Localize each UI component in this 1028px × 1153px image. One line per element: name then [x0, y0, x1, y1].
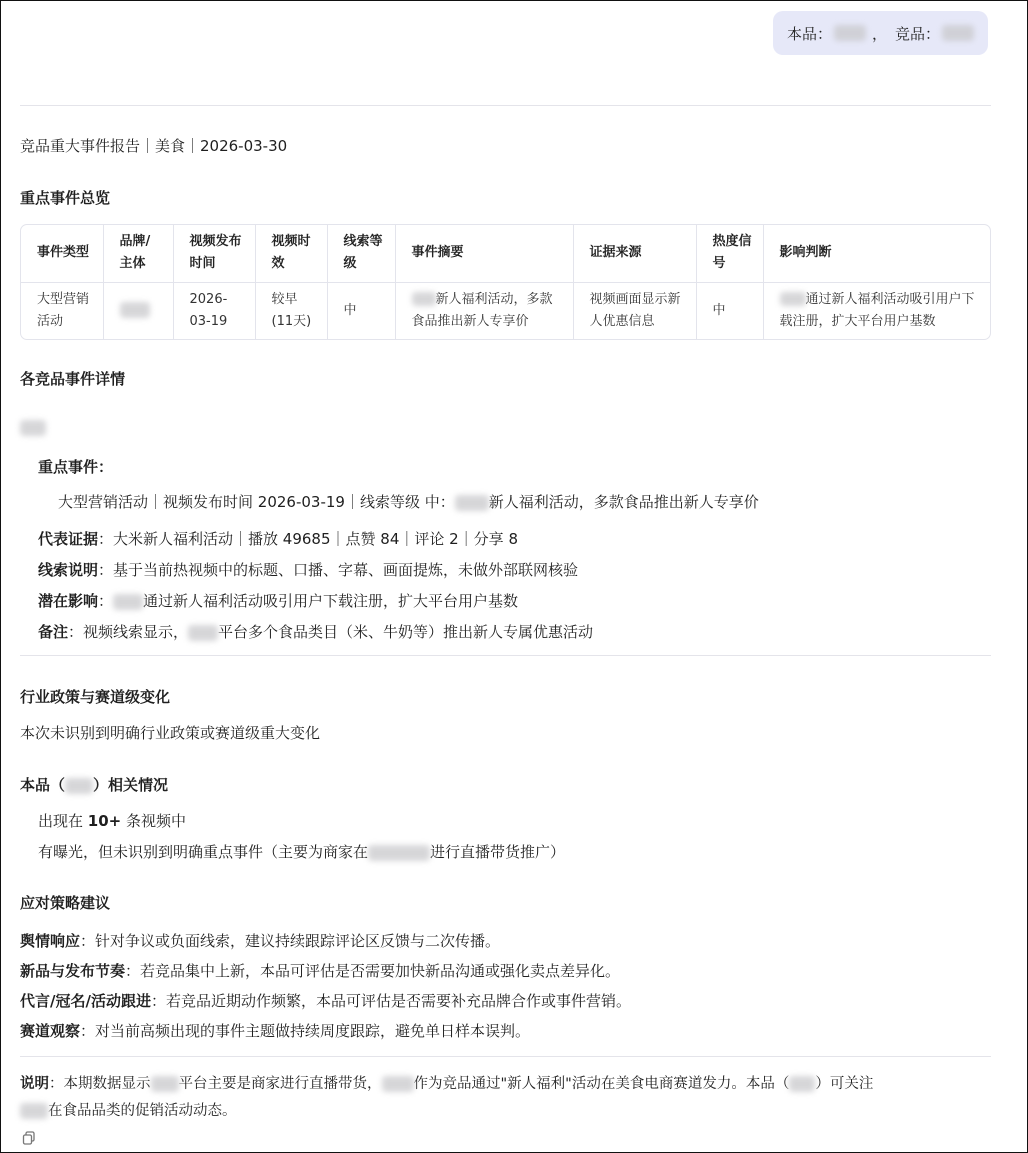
- clue-line: 线索说明：基于当前热视频中的标题、口播、字幕、画面提炼，未做外部联网核验: [38, 559, 578, 580]
- own-line-2: 有曝光，但未识别到明确重点事件（主要为商家在进行直播带货推广）: [38, 841, 565, 862]
- note-line: 备注：视频线索显示，平台多个食品类目（米、牛奶等）推出新人专属优惠活动: [38, 621, 593, 642]
- redacted-competitor: [113, 594, 143, 610]
- redacted-own-product: [834, 25, 866, 41]
- strategy-label: 代言/冠名/活动跟进: [20, 992, 151, 1010]
- impact-line: 潜在影响：通过新人福利活动吸引用户下载注册，扩大平台用户基数: [38, 590, 518, 611]
- note-part4: ）可关注: [815, 1076, 873, 1092]
- cell-clue-level: 中: [327, 282, 395, 339]
- col-timeliness: 视频时效: [255, 225, 327, 282]
- cell-summary: 新人福利活动，多款食品推出新人专享价: [395, 282, 573, 339]
- video-count: 10+: [88, 812, 121, 830]
- strategy-heading: 应对策略建议: [20, 892, 110, 913]
- strategy-label: 新品与发布节奏: [20, 962, 125, 980]
- competitor-name: [20, 420, 46, 436]
- col-heat-signal: 热度信号: [696, 225, 763, 282]
- cell-heat-signal: 中: [696, 282, 763, 339]
- evidence-label: 代表证据: [38, 530, 98, 548]
- cell-timeliness: 较早(11天): [255, 282, 327, 339]
- col-event-type: 事件类型: [21, 225, 103, 282]
- note-part2: 平台主要是商家进行直播带货，: [179, 1076, 382, 1092]
- summary-note: 说明：本期数据显示平台主要是商家进行直播带货，作为竞品通过"新人福利"活动在美食…: [20, 1071, 995, 1125]
- strategy-text: ：针对争议或负面线索，建议持续跟踪评论区反馈与二次传播。: [80, 932, 500, 950]
- note-part3: 作为竞品通过"新人福利"活动在美食电商赛道发力。本品（: [414, 1076, 790, 1092]
- impact-prefix: ：: [98, 592, 113, 610]
- cell-brand: [103, 282, 173, 339]
- own-line1-suffix: 条视频中: [121, 812, 186, 830]
- overview-heading: 重点事件总览: [20, 187, 110, 208]
- key-event-prefix: 大型营销活动｜视频发布时间 2026-03-19｜线索等级 中：: [58, 493, 455, 511]
- col-publish-time: 视频发布时间: [173, 225, 255, 282]
- summary-note-label: 说明: [20, 1076, 49, 1092]
- note-label: 备注: [38, 623, 68, 641]
- separator: ，: [872, 23, 887, 44]
- col-summary: 事件摘要: [395, 225, 573, 282]
- strategy-label: 赛道观察: [20, 1022, 80, 1040]
- clue-label: 线索说明: [38, 561, 98, 579]
- key-event-suffix: 新人福利活动，多款食品推出新人专享价: [489, 493, 759, 511]
- redacted-competitor: [942, 25, 974, 41]
- strategy-item: 舆情响应：针对争议或负面线索，建议持续跟踪评论区反馈与二次传播。: [20, 930, 500, 951]
- competitor-label: 竞品：: [895, 23, 940, 44]
- own-line-1: 出现在 10+ 条视频中: [38, 810, 186, 831]
- redacted-competitor: [20, 420, 46, 436]
- divider: [20, 655, 991, 656]
- redacted-brand: [120, 302, 150, 318]
- key-event-text: 大型营销活动｜视频发布时间 2026-03-19｜线索等级 中：新人福利活动，多…: [58, 491, 759, 512]
- report-title: 竞品重大事件报告｜美食｜2026-03-30: [20, 135, 287, 156]
- redacted-brand: [780, 292, 806, 306]
- strategy-item: 新品与发布节奏：若竞品集中上新，本品可评估是否需要加快新品沟通或强化卖点差异化。: [20, 960, 620, 981]
- redacted-own-product: [65, 778, 93, 794]
- table-row: 大型营销活动 2026-03-19 较早(11天) 中 新人福利活动，多款食品推…: [21, 282, 990, 339]
- table-header-row: 事件类型 品牌/主体 视频发布时间 视频时效 线索等级 事件摘要 证据来源 热度…: [21, 225, 990, 282]
- own-heading-suffix: ）相关情况: [93, 776, 168, 794]
- divider: [20, 1056, 991, 1057]
- cell-evidence-source: 视频画面显示新人优惠信息: [573, 282, 696, 339]
- strategy-text: ：若竞品近期动作频繁，本品可评估是否需要补充品牌合作或事件营销。: [151, 992, 631, 1010]
- strategy-item: 代言/冠名/活动跟进：若竞品近期动作频繁，本品可评估是否需要补充品牌合作或事件营…: [20, 990, 631, 1011]
- col-evidence-source: 证据来源: [573, 225, 696, 282]
- own-line2-suffix: 进行直播带货推广）: [430, 843, 565, 861]
- note-part1: ：本期数据显示: [49, 1076, 151, 1092]
- own-product-label: 本品：: [787, 23, 832, 44]
- own-heading: 本品（）相关情况: [20, 774, 168, 795]
- clue-text: ：基于当前热视频中的标题、口播、字幕、画面提炼，未做外部联网核验: [98, 561, 578, 579]
- strategy-text: ：若竞品集中上新，本品可评估是否需要加快新品沟通或强化卖点差异化。: [125, 962, 620, 980]
- redacted-platform: [368, 845, 430, 861]
- impact-text: 通过新人福利活动吸引用户下载注册，扩大平台用户基数: [143, 592, 518, 610]
- note-text: 平台多个食品类目（米、牛奶等）推出新人专属优惠活动: [218, 623, 593, 641]
- cell-impact: 通过新人福利活动吸引用户下载注册，扩大平台用户基数: [763, 282, 990, 339]
- cell-publish-time: 2026-03-19: [173, 282, 255, 339]
- key-event-label: 重点事件：: [38, 456, 113, 477]
- redacted-competitor: [455, 495, 489, 511]
- strategy-text: ：对当前高频出现的事件主题做持续周度跟踪，避免单日样本误判。: [80, 1022, 530, 1040]
- redacted-competitor: [20, 1103, 48, 1119]
- own-line2-prefix: 有曝光，但未识别到明确重点事件（主要为商家在: [38, 843, 368, 861]
- note-part5: 在食品品类的促销活动动态。: [48, 1103, 237, 1119]
- redacted-brand: [412, 292, 436, 306]
- copy-icon[interactable]: [22, 1131, 36, 1145]
- note-prefix: ：视频线索显示，: [68, 623, 188, 641]
- redacted-platform: [151, 1076, 179, 1092]
- policy-heading: 行业政策与赛道级变化: [20, 686, 170, 707]
- strategy-label: 舆情响应: [20, 932, 80, 950]
- policy-text: 本次未识别到明确行业政策或赛道级重大变化: [20, 722, 320, 743]
- redacted-own-product: [789, 1076, 815, 1092]
- col-impact: 影响判断: [763, 225, 990, 282]
- details-heading: 各竞品事件详情: [20, 368, 125, 389]
- col-clue-level: 线索等级: [327, 225, 395, 282]
- evidence-text: ：大米新人福利活动｜播放 49685｜点赞 84｜评论 2｜分享 8: [98, 530, 518, 548]
- redacted-platform: [188, 625, 218, 641]
- own-line1-prefix: 出现在: [38, 812, 88, 830]
- cell-event-type: 大型营销活动: [21, 282, 103, 339]
- redacted-competitor: [382, 1076, 414, 1092]
- strategy-item: 赛道观察：对当前高频出现的事件主题做持续周度跟踪，避免单日样本误判。: [20, 1020, 530, 1041]
- divider: [20, 105, 991, 106]
- impact-text: 通过新人福利活动吸引用户下载注册，扩大平台用户基数: [780, 292, 975, 329]
- impact-label: 潜在影响: [38, 592, 98, 610]
- user-message-bubble: 本品： ， 竞品：: [773, 11, 988, 55]
- evidence-line: 代表证据：大米新人福利活动｜播放 49685｜点赞 84｜评论 2｜分享 8: [38, 528, 518, 549]
- col-brand: 品牌/主体: [103, 225, 173, 282]
- events-overview-table: 事件类型 品牌/主体 视频发布时间 视频时效 线索等级 事件摘要 证据来源 热度…: [20, 224, 991, 340]
- own-heading-prefix: 本品（: [20, 776, 65, 794]
